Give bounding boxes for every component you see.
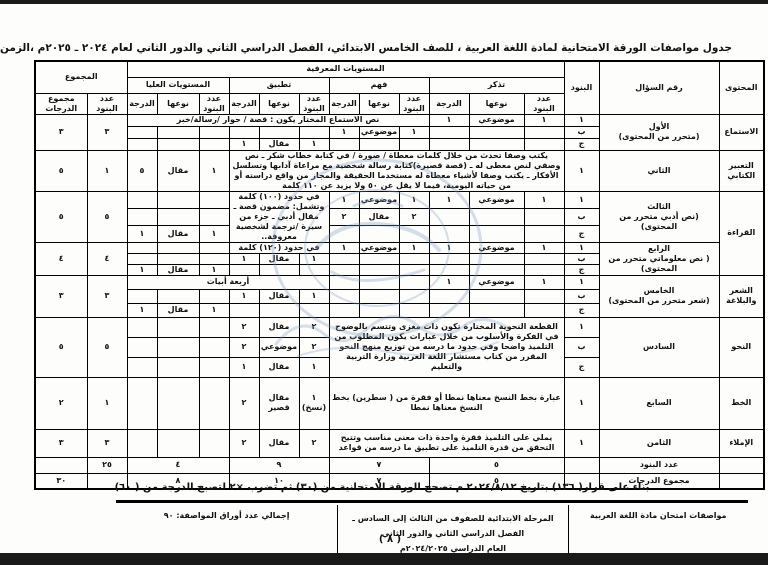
table-cell: ١ [329, 126, 359, 138]
table-cell: ١ [229, 253, 259, 264]
table-cell: ١ [429, 275, 469, 289]
table-cell: ٢ [299, 337, 329, 357]
page-number: ( ٨ ) [330, 534, 450, 545]
table-cell: ١ [524, 275, 564, 289]
table-cell: موضوعي [469, 191, 524, 208]
table-cell: ١ [229, 357, 259, 377]
table-cell: ١ [429, 114, 469, 126]
table-cell: عدد البنود [199, 93, 229, 114]
table-cell: في حدود (١٠٠) كلمة وتشمل: مضمون قصة ـ مق… [229, 191, 329, 242]
table-cell: ٩ [229, 457, 329, 473]
row-label-dictation: الإملاء [719, 429, 764, 457]
table-cell: ١ [399, 126, 429, 138]
table-cell: ١ [229, 289, 259, 303]
table-cell [199, 289, 229, 303]
table-cell [127, 317, 157, 337]
table-cell: ٥ [35, 150, 87, 191]
table-cell: ١ [199, 150, 229, 191]
table-cell: الدرجة [127, 93, 157, 114]
table-cell [127, 337, 157, 357]
col-header-items: البنود [564, 61, 599, 114]
table-cell: ب [564, 289, 599, 303]
table-cell [399, 253, 429, 264]
table-cell: ٤ [35, 242, 87, 275]
scan-border-bottom [0, 553, 768, 565]
table-cell [564, 457, 599, 473]
table-cell [229, 126, 259, 138]
table-cell: ١ [127, 225, 157, 242]
table-cell [199, 357, 229, 377]
table-cell [199, 337, 229, 357]
table-cell [399, 225, 429, 242]
table-cell [429, 253, 469, 264]
table-cell: ٥ [35, 317, 87, 377]
table-cell: ج [564, 357, 599, 377]
table-cell: ٢ [399, 208, 429, 225]
table-cell [329, 264, 359, 275]
table-cell: ١ [299, 357, 329, 377]
table-cell: موضوعي [469, 242, 524, 253]
table-cell [524, 138, 564, 150]
table-cell: القطعة النحوية المختارة تكون ذات مغزى وت… [329, 317, 564, 377]
col-header-question-number: رقم السؤال [599, 61, 719, 114]
table-cell: موضوعي [359, 191, 399, 208]
table-cell [157, 429, 199, 457]
table-cell [399, 289, 429, 303]
table-cell: ١ [429, 242, 469, 253]
table-cell: عدد البنود [524, 93, 564, 114]
table-cell [359, 275, 399, 289]
question-third: الثالث (نص أدبي متحرر من المحتوى) [599, 191, 719, 242]
table-cell: ١ [564, 317, 599, 337]
table-cell: ٢ [299, 317, 329, 337]
table-cell: موضوعي [469, 275, 524, 289]
table-cell: نوعها [157, 93, 199, 114]
table-cell [359, 138, 399, 150]
table-cell: ب [564, 253, 599, 264]
table-cell: ج [564, 138, 599, 150]
row-label-reading: القراءة [719, 191, 764, 275]
table-cell [299, 303, 329, 317]
table-cell: ٢ [299, 429, 329, 457]
table-cell [299, 264, 329, 275]
table-cell: ٣ [87, 429, 127, 457]
table-cell [469, 289, 524, 303]
table-cell: ١ [299, 253, 329, 264]
table-cell [429, 138, 469, 150]
table-cell: نوعها [359, 93, 399, 114]
table-cell: ج [564, 303, 599, 317]
table-cell [229, 303, 259, 317]
table-cell: ٥ [429, 457, 564, 473]
table-cell [524, 225, 564, 242]
table-cell: ١ [127, 264, 157, 275]
table-cell: ١ [564, 429, 599, 457]
table-cell: ١ [399, 242, 429, 253]
table-cell: موضوعي [469, 114, 524, 126]
row-label-written-expression: التعبير الكتابي [719, 150, 764, 191]
table-cell [524, 126, 564, 138]
col-header-total: المجموع [35, 61, 127, 93]
footer-stage: المرحلة الابتدائية للصفوف من الثالث إلى … [337, 505, 568, 555]
table-cell: في حدود (١٢٠) كلمة [229, 242, 329, 253]
table-cell: عبارة بخط النسخ معناها نمطا أو فقرة من (… [329, 377, 564, 429]
table-cell: مقال [157, 225, 199, 242]
table-cell: عدد البنود [399, 93, 429, 114]
table-cell: ١ [199, 303, 229, 317]
table-cell: مقال [259, 357, 299, 377]
document-title: جدول مواصفات الورقة الامتحانية لمادة الل… [32, 42, 732, 54]
question-sixth: السادس [599, 317, 719, 377]
table-cell [429, 289, 469, 303]
table-cell [199, 317, 229, 337]
scanned-document-page: جدول مواصفات الورقة الامتحانية لمادة الل… [0, 0, 768, 565]
table-cell [469, 126, 524, 138]
table-cell [399, 303, 429, 317]
table-cell: ٥ [35, 191, 87, 242]
question-fourth: الرابع ( نص معلوماتي متحرر من المحتوى) [599, 242, 719, 275]
table-cell [469, 303, 524, 317]
table-cell: ١ [524, 242, 564, 253]
table-cell: مقال قصير [259, 377, 299, 429]
col-header-understand: فهم [329, 77, 429, 93]
table-cell: عدد البنود [87, 93, 127, 114]
table-cell [157, 126, 199, 138]
table-cell: نص الاستماع المختار يكون : قصة / حوار /ر… [127, 114, 429, 126]
table-cell: موضوعي [259, 337, 299, 357]
col-header-content: المحتوى [719, 61, 764, 114]
table-cell [719, 457, 764, 473]
footer-subject: مواصفات امتحان مادة اللغة العربية [569, 505, 748, 555]
table-cell [469, 208, 524, 225]
table-cell [157, 253, 199, 264]
table-cell: ١ [329, 242, 359, 253]
table-cell: ب [564, 337, 599, 357]
col-header-apply: تطبيق [229, 77, 329, 93]
table-cell: يكتب وصفا تحدث من خلال كلمات معطاة / صور… [229, 150, 564, 191]
table-cell: الدرجة [229, 93, 259, 114]
table-cell [259, 303, 299, 317]
table-cell: موضوعي [359, 126, 399, 138]
table-cell: ٢ [35, 377, 87, 429]
table-cell: الدرجة [429, 93, 469, 114]
table-cell: ٣ [35, 429, 87, 457]
table-cell: ٥ [127, 150, 157, 191]
table-cell: ١ [399, 191, 429, 208]
table-cell [157, 289, 199, 303]
table-cell: ٢ [229, 377, 259, 429]
table-cell: ١ [564, 242, 599, 253]
table-cell [199, 126, 229, 138]
table-cell [157, 317, 199, 337]
question-eighth: الثامن [599, 429, 719, 457]
table-cell: يملي على التلميذ فقرة واحدة ذات معنى منا… [329, 429, 564, 457]
table-cell [127, 357, 157, 377]
table-cell [127, 208, 157, 225]
table-cell [157, 337, 199, 357]
table-cell: ٥ [87, 191, 127, 242]
table-cell: ١ (نسخ) [299, 377, 329, 429]
footer-sheet-count: إجمالي عدد أوراق المواصفة: ٩٠ [116, 505, 337, 555]
table-cell: ١ [564, 114, 599, 126]
table-cell [199, 253, 229, 264]
table-cell [157, 191, 199, 208]
table-cell: ١ [564, 275, 599, 289]
table-cell: ٤ [87, 242, 127, 275]
table-cell [157, 377, 199, 429]
table-cell [524, 264, 564, 275]
table-cell [199, 242, 229, 253]
table-cell: ٢ [229, 337, 259, 357]
table-cell: مقال [359, 208, 399, 225]
table-cell: ١ [87, 150, 127, 191]
table-cell: مقال [259, 429, 299, 457]
table-cell: مقال [157, 264, 199, 275]
table-cell [359, 289, 399, 303]
table-cell: مجموع الدرجات [35, 93, 87, 114]
table-cell [157, 357, 199, 377]
table-cell: ١ [87, 377, 127, 429]
grading-note: بناء على قرار( ١٣٦) بتاريخ ٢٠٢٤/٨/١٢ م ت… [32, 482, 732, 493]
table-cell [469, 225, 524, 242]
table-cell: ج [564, 225, 599, 242]
table-cell [127, 242, 157, 253]
table-cell [524, 208, 564, 225]
table-cell [199, 138, 229, 150]
table-cell [399, 138, 429, 150]
table-cell [329, 253, 359, 264]
table-cell: عدد البنود [299, 93, 329, 114]
table-cell [329, 225, 359, 242]
table-cell: ٢ [229, 429, 259, 457]
table-cell [199, 208, 229, 225]
table-cell: ٣ [87, 114, 127, 150]
table-cell: ١ [299, 138, 329, 150]
table-cell: ١ [524, 191, 564, 208]
table-cell [399, 264, 429, 275]
table-cell: ب [564, 208, 599, 225]
table-cell [329, 138, 359, 150]
table-cell: ١ [564, 191, 599, 208]
table-cell [469, 264, 524, 275]
table-cell [524, 289, 564, 303]
question-fifth: الخامس (شعر متحرر من المحتوى) [599, 275, 719, 317]
table-cell [199, 191, 229, 208]
table-cell: ٢ [329, 208, 359, 225]
table-cell [429, 225, 469, 242]
table-cell: ٥ [87, 317, 127, 377]
table-cell [299, 126, 329, 138]
table-cell [359, 225, 399, 242]
table-cell [127, 429, 157, 457]
table-cell [429, 208, 469, 225]
table-cell: مقال [259, 253, 299, 264]
table-cell: ج [564, 264, 599, 275]
table-cell [359, 253, 399, 264]
table-cell [127, 138, 157, 150]
table-cell: مقال [157, 150, 199, 191]
table-cell: أربعة أبيات [127, 275, 329, 289]
table-cell: مقال [157, 303, 199, 317]
table-cell [199, 429, 229, 457]
row-label-handwriting: الخط [719, 377, 764, 429]
table-cell: مقال [259, 317, 299, 337]
table-cell [524, 303, 564, 317]
table-cell [127, 191, 157, 208]
table-cell: ١ [199, 225, 229, 242]
table-cell [259, 264, 299, 275]
table-cell [359, 264, 399, 275]
table-cell [399, 275, 429, 289]
table-cell [469, 253, 524, 264]
table-cell: موضوعي [359, 242, 399, 253]
row-label-listening: الاستماع [719, 114, 764, 150]
table-cell [157, 208, 199, 225]
table-cell: ١ [524, 114, 564, 126]
table-cell [157, 138, 199, 150]
col-header-higher-levels: المستويات العليا [127, 77, 229, 93]
table-cell: مقال [259, 289, 299, 303]
table-cell: نوعها [259, 93, 299, 114]
table-cell: ١ [564, 150, 599, 191]
col-header-remember: تذكر [429, 77, 564, 93]
table-cell [469, 138, 524, 150]
table-cell: ٣ [87, 275, 127, 317]
question-first: الأول (متحرر من المحتوى) [599, 114, 719, 150]
table-cell: ٣ [35, 275, 87, 317]
table-cell: ١ [127, 303, 157, 317]
table-cell [329, 275, 359, 289]
spec-table: المحتوىرقم السؤالالبنودالمستويات المعرفي… [34, 60, 765, 490]
table-cell: مقال [259, 138, 299, 150]
table-cell [429, 264, 469, 275]
table-cell: ١ [429, 191, 469, 208]
question-second: الثاني [599, 150, 719, 191]
row-label-grammar: النحو [719, 317, 764, 377]
footer-divider [116, 500, 748, 503]
table-cell [259, 126, 299, 138]
table-cell [329, 303, 359, 317]
table-cell: ١ [199, 264, 229, 275]
table-cell [199, 377, 229, 429]
footer: مواصفات امتحان مادة اللغة العربية المرحل… [116, 505, 748, 555]
table-cell: ١ [299, 289, 329, 303]
row-label-poetry: الشعر والبلاغة [719, 275, 764, 317]
table-cell: ٢٥ [87, 457, 127, 473]
table-cell [524, 253, 564, 264]
table-cell [359, 303, 399, 317]
table-cell [157, 242, 199, 253]
table-cell [127, 377, 157, 429]
table-cell: ١ [329, 191, 359, 208]
table-cell: ٢ [229, 317, 259, 337]
table-cell: ٧ [329, 457, 429, 473]
table-cell [229, 264, 259, 275]
table-cell [35, 457, 87, 473]
table-cell [329, 289, 359, 303]
table-cell: ب [564, 126, 599, 138]
table-cell [429, 126, 469, 138]
table-cell [429, 303, 469, 317]
table-cell: نوعها [469, 93, 524, 114]
col-header-cognitive-levels: المستويات المعرفية [127, 61, 564, 77]
table-cell [127, 289, 157, 303]
table-cell: ٤ [127, 457, 229, 473]
question-seventh: السابع [599, 377, 719, 429]
table-cell: الدرجة [329, 93, 359, 114]
scan-border-top [0, 0, 768, 4]
table-cell [127, 126, 157, 138]
summary-items-count-label: عدد البنود [599, 457, 719, 473]
table-cell: ٣ [35, 114, 87, 150]
table-cell: ١ [229, 138, 259, 150]
table-cell: ١ [564, 377, 599, 429]
table-cell [127, 253, 157, 264]
